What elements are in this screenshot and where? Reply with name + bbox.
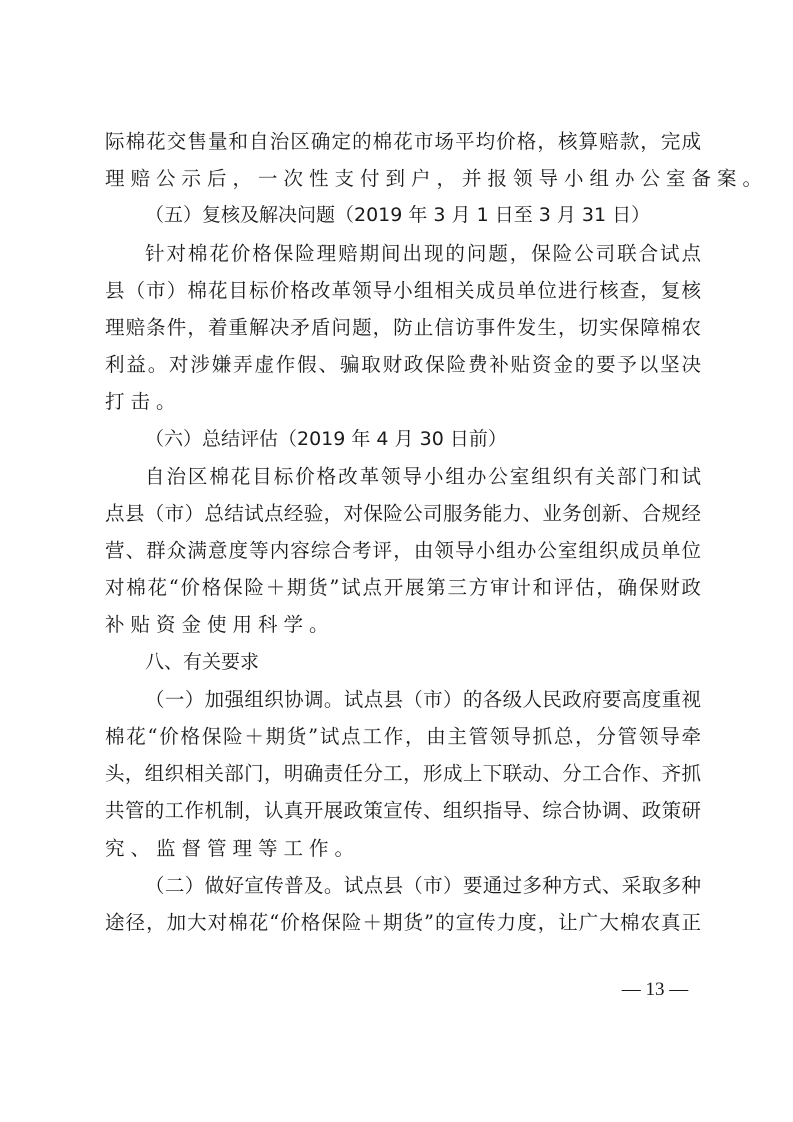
text-line-13: 对棉花“价格保险＋期货”试点开展第三方审计和评估，确保财政 <box>105 569 701 606</box>
section-heading-5: （五）复核及解决问题（2019 年 3 月 1 日至 3 月 31 日） <box>105 197 701 234</box>
text-line-2: 理赔公示后，一次性支付到户，并报领导小组办公室备案。 <box>105 160 701 197</box>
text-line-17: 棉花“价格保险＋期货”试点工作，由主管领导抓总，分管领导牵 <box>105 718 701 755</box>
text-line-12: 营、群众满意度等内容综合考评，由领导小组办公室组织成员单位 <box>105 532 701 569</box>
text-line-10: 自治区棉花目标价格改革领导小组办公室组织有关部门和试 <box>105 458 701 495</box>
text-line-11: 点县（市）总结试点经验，对保险公司服务能力、业务创新、合规经 <box>105 495 701 532</box>
text-line-14: 补贴资金使用科学。 <box>105 606 701 643</box>
text-line-22: 途径，加大对棉花“价格保险＋期货”的宣传力度，让广大棉农真正 <box>105 904 701 941</box>
document-body: 际棉花交售量和自治区确定的棉花市场平均价格，核算赔款，完成 理赔公示后，一次性支… <box>105 123 701 941</box>
page-number: — 13 — <box>600 978 710 1002</box>
text-line-5: 县（市）棉花目标价格改革领导小组相关成员单位进行核查，复核 <box>105 272 701 309</box>
text-line-1: 际棉花交售量和自治区确定的棉花市场平均价格，核算赔款，完成 <box>105 123 701 160</box>
text-line-8: 打击。 <box>105 383 701 420</box>
text-line-6: 理赔条件，着重解决矛盾问题，防止信访事件发生，切实保障棉农 <box>105 309 701 346</box>
text-line-4: 针对棉花价格保险理赔期间出现的问题，保险公司联合试点 <box>105 235 701 272</box>
section-heading-8: 八、有关要求 <box>105 644 701 681</box>
text-line-19: 共管的工作机制，认真开展政策宣传、组织指导、综合协调、政策研 <box>105 792 701 829</box>
text-line-20: 究、监督管理等工作。 <box>105 830 701 867</box>
text-line-7: 利益。对涉嫌弄虚作假、骗取财政保险费补贴资金的要予以坚决 <box>105 346 701 383</box>
text-line-16: （一）加强组织协调。试点县（市）的各级人民政府要高度重视 <box>105 681 701 718</box>
text-line-18: 头，组织相关部门，明确责任分工，形成上下联动、分工合作、齐抓 <box>105 755 701 792</box>
section-heading-6: （六）总结评估（2019 年 4 月 30 日前） <box>105 421 701 458</box>
text-line-21: （二）做好宣传普及。试点县（市）要通过多种方式、采取多种 <box>105 867 701 904</box>
